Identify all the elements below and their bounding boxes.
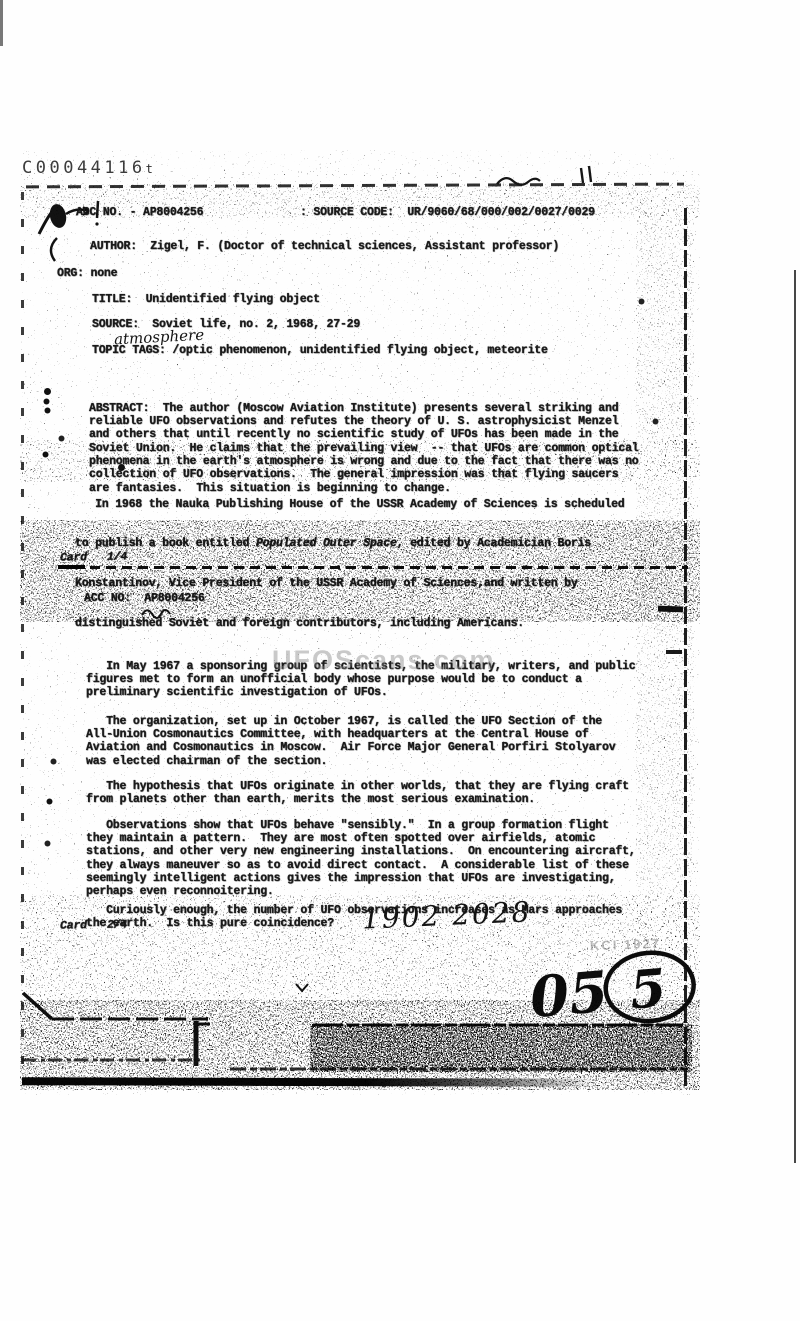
doc-id-text: C00044116 — [22, 158, 146, 178]
text-line: The organization, set up in October 1967… — [86, 715, 615, 728]
ink-dash-artifact — [666, 650, 682, 654]
text-line: Soviet Union. He claims that the prevail… — [89, 442, 639, 455]
text-line: reliable UFO observations and refutes th… — [89, 415, 639, 428]
book-title-italic: Populated Outer Space — [256, 537, 397, 550]
card-1-label: Card 1/4 — [60, 550, 127, 564]
paragraph-mars: Curiously enough, the number of UFO obse… — [86, 864, 622, 930]
text-line: In 1968 the Nauka Publishing House of th… — [75, 498, 625, 511]
section-divider-start — [58, 565, 85, 569]
pen-scribble-paren — [44, 236, 64, 264]
acc-no-line: ACC NO. - AP8004256 — [76, 206, 203, 219]
doc-id-artifact: t — [146, 162, 153, 176]
text-line: and others that until recently no scient… — [89, 428, 639, 441]
text-line: to publish a book entitled Populated Out… — [75, 537, 625, 550]
section-divider — [58, 566, 688, 569]
title-line: TITLE: Unidentified flying object — [92, 293, 320, 306]
text-line: Konstantinov, Vice President of the USSR… — [75, 577, 625, 590]
doc-id: C00044116t — [22, 158, 153, 178]
bottom-black-bar — [22, 1077, 594, 1086]
scanned-document-page: C00044116t ACC NO. - AP8004256 : SOURCE … — [0, 0, 800, 1321]
scan-edge-artifact — [0, 0, 3, 46]
text-line: they maintain a pattern. They are most o… — [86, 832, 636, 845]
bottom-scan-lines — [20, 988, 700, 1088]
author-line: AUTHOR: Zigel, F. (Doctor of technical s… — [90, 240, 559, 253]
text-line: Curiously enough, the number of UFO obse… — [86, 904, 622, 917]
ink-specks — [0, 0, 3, 3]
source-code-line: : SOURCE CODE: UR/9060/68/000/002/0027/0… — [300, 206, 595, 219]
acc-no-2-line: ACC NO: AP8004256 — [84, 592, 205, 605]
topic-tags-line: TOPIC TAGS: /optic phenomenon, unidentif… — [92, 344, 548, 357]
card-border-left — [21, 192, 24, 1074]
text-line: the earth. Is this pure coincidence? — [86, 917, 622, 930]
text-line: stations, and other very new engineering… — [86, 845, 636, 858]
pen-squiggle-top — [495, 163, 607, 191]
card-2-label: Card 2/4 — [60, 918, 127, 932]
text-line: phenomena in the earth's atmosphere is w… — [89, 455, 639, 468]
page-edge-line — [794, 270, 796, 1163]
text-line: ABSTRACT: The author (Moscow Aviation In… — [89, 402, 639, 415]
text-line: Observations show that UFOs behave "sens… — [86, 819, 636, 832]
ink-dash-artifact — [658, 606, 683, 613]
org-line: ORG: none — [57, 267, 117, 280]
watermark: UFOScans.com — [272, 645, 496, 676]
